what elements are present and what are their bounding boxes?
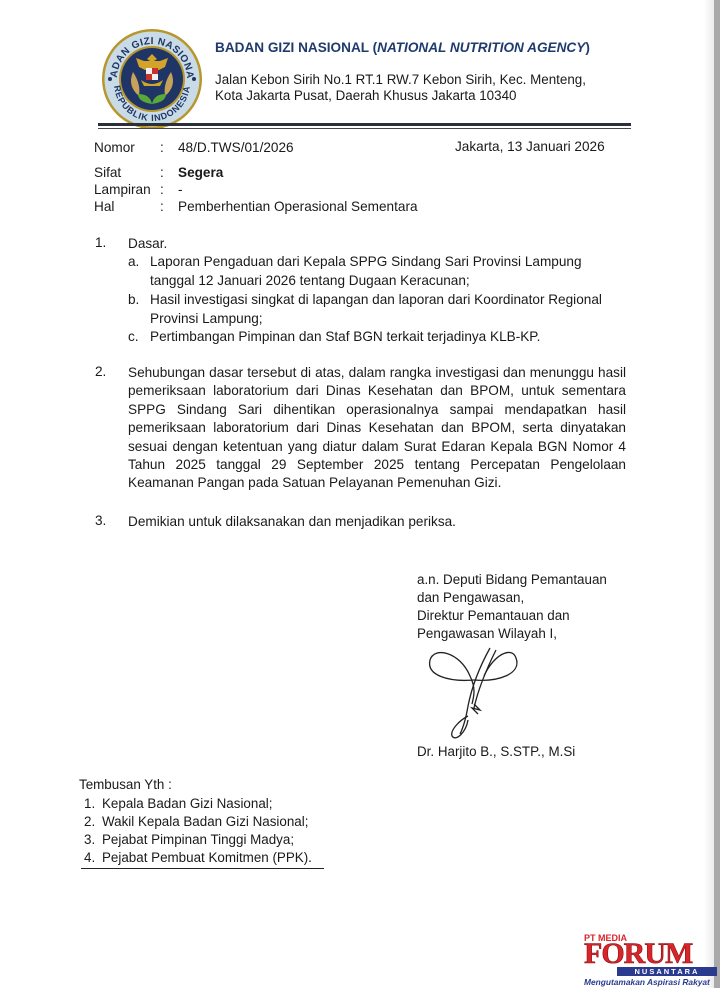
signer-name: Dr. Harjito B., S.STP., M.Si: [417, 744, 575, 759]
tembusan-title: Tembusan Yth :: [79, 777, 172, 792]
address-line-2: Kota Jakarta Pusat, Daerah Khusus Jakart…: [215, 88, 586, 104]
signature-line: Pengawasan Wilayah I,: [417, 625, 607, 643]
hal-value: Pemberhentian Operasional Sementara: [178, 199, 418, 214]
tembusan-item: 1.Kepala Badan Gizi Nasional;: [84, 795, 312, 813]
tembusan-item: 2.Wakil Kepala Badan Gizi Nasional;: [84, 813, 312, 831]
lampiran-value: -: [178, 182, 183, 197]
org-name: BADAN GIZI NASIONAL (NATIONAL NUTRITION …: [215, 40, 590, 55]
handwritten-signature-icon: [420, 646, 540, 746]
item-3-text: Demikian untuk dilaksanakan dan menjadik…: [128, 513, 456, 532]
address-line-1: Jalan Kebon Sirih No.1 RT.1 RW.7 Kebon S…: [215, 72, 586, 88]
item-2-text: Sehubungan dasar tersebut di atas, dalam…: [128, 364, 626, 493]
page-edge: [714, 0, 720, 988]
meta-nomor: Nomor:48/D.TWS/01/2026: [94, 139, 294, 156]
sub-line: Provinsi Lampung;: [150, 310, 630, 329]
item-1a: a. Laporan Pengaduan dari Kepala SPPG Si…: [128, 253, 150, 272]
hal-label: Hal: [94, 198, 160, 215]
forum-nusantara-watermark-logo: PT MEDIA FORUM NUSANTARA Mengutamakan As…: [584, 933, 720, 988]
badan-gizi-nasional-logo-icon: BADAN GIZI NASIONAL REPUBLIK INDONESIA: [101, 28, 203, 130]
letterhead-rule-thick: [98, 123, 631, 126]
tembusan-item: 4.Pejabat Pembuat Komitmen (PPK).: [84, 849, 312, 867]
page-edge-shadow: [704, 0, 714, 988]
meta-hal: Hal:Pemberhentian Operasional Sementara: [94, 198, 418, 215]
sub-key: a.: [128, 253, 150, 272]
tembusan-underline: [81, 868, 324, 869]
sifat-value: Segera: [178, 165, 223, 180]
item-2-number: 2.: [95, 364, 106, 379]
lampiran-label: Lampiran: [94, 181, 160, 198]
letter-date: Jakarta, 13 Januari 2026: [455, 139, 605, 154]
colon: :: [160, 181, 178, 198]
nomor-label: Nomor: [94, 139, 160, 156]
sub-line: tanggal 12 Januari 2026 tentang Dugaan K…: [150, 272, 630, 291]
colon: :: [160, 164, 178, 181]
item-1-number: 1.: [95, 235, 106, 250]
letterhead-rule-thin: [98, 128, 631, 129]
signature-block: a.n. Deputi Bidang Pemantauan dan Pengaw…: [417, 571, 607, 643]
item-1c: c. Pertimbangan Pimpinan dan Staf BGN te…: [128, 328, 150, 347]
tembusan-list: 1.Kepala Badan Gizi Nasional; 2.Wakil Ke…: [84, 795, 312, 867]
sub-key: c.: [128, 328, 150, 347]
item-1b: b. Hasil investigasi singkat di lapangan…: [128, 291, 150, 310]
signature-line: a.n. Deputi Bidang Pemantauan: [417, 571, 607, 589]
signature-line: Direktur Pemantauan dan: [417, 607, 607, 625]
sub-key: b.: [128, 291, 150, 310]
sub-line: Laporan Pengaduan dari Kepala SPPG Sinda…: [150, 253, 630, 272]
colon: :: [160, 139, 178, 156]
watermark-sub: NUSANTARA: [617, 967, 717, 976]
watermark-tagline: Mengutamakan Aspirasi Rakyat: [584, 977, 710, 987]
item-3-number: 3.: [95, 513, 106, 528]
watermark-brand: FORUM: [584, 940, 692, 968]
sub-line: Hasil investigasi singkat di lapangan da…: [150, 291, 630, 310]
nomor-value: 48/D.TWS/01/2026: [178, 140, 294, 155]
org-address: Jalan Kebon Sirih No.1 RT.1 RW.7 Kebon S…: [215, 72, 586, 104]
item-1-title: Dasar.: [128, 235, 167, 254]
tembusan-item: 3.Pejabat Pimpinan Tinggi Madya;: [84, 831, 312, 849]
colon: :: [160, 198, 178, 215]
signature-line: dan Pengawasan,: [417, 589, 607, 607]
sub-line: Pertimbangan Pimpinan dan Staf BGN terka…: [150, 328, 630, 347]
meta-sifat: Sifat:Segera: [94, 164, 223, 181]
meta-lampiran: Lampiran:-: [94, 181, 183, 198]
sifat-label: Sifat: [94, 164, 160, 181]
